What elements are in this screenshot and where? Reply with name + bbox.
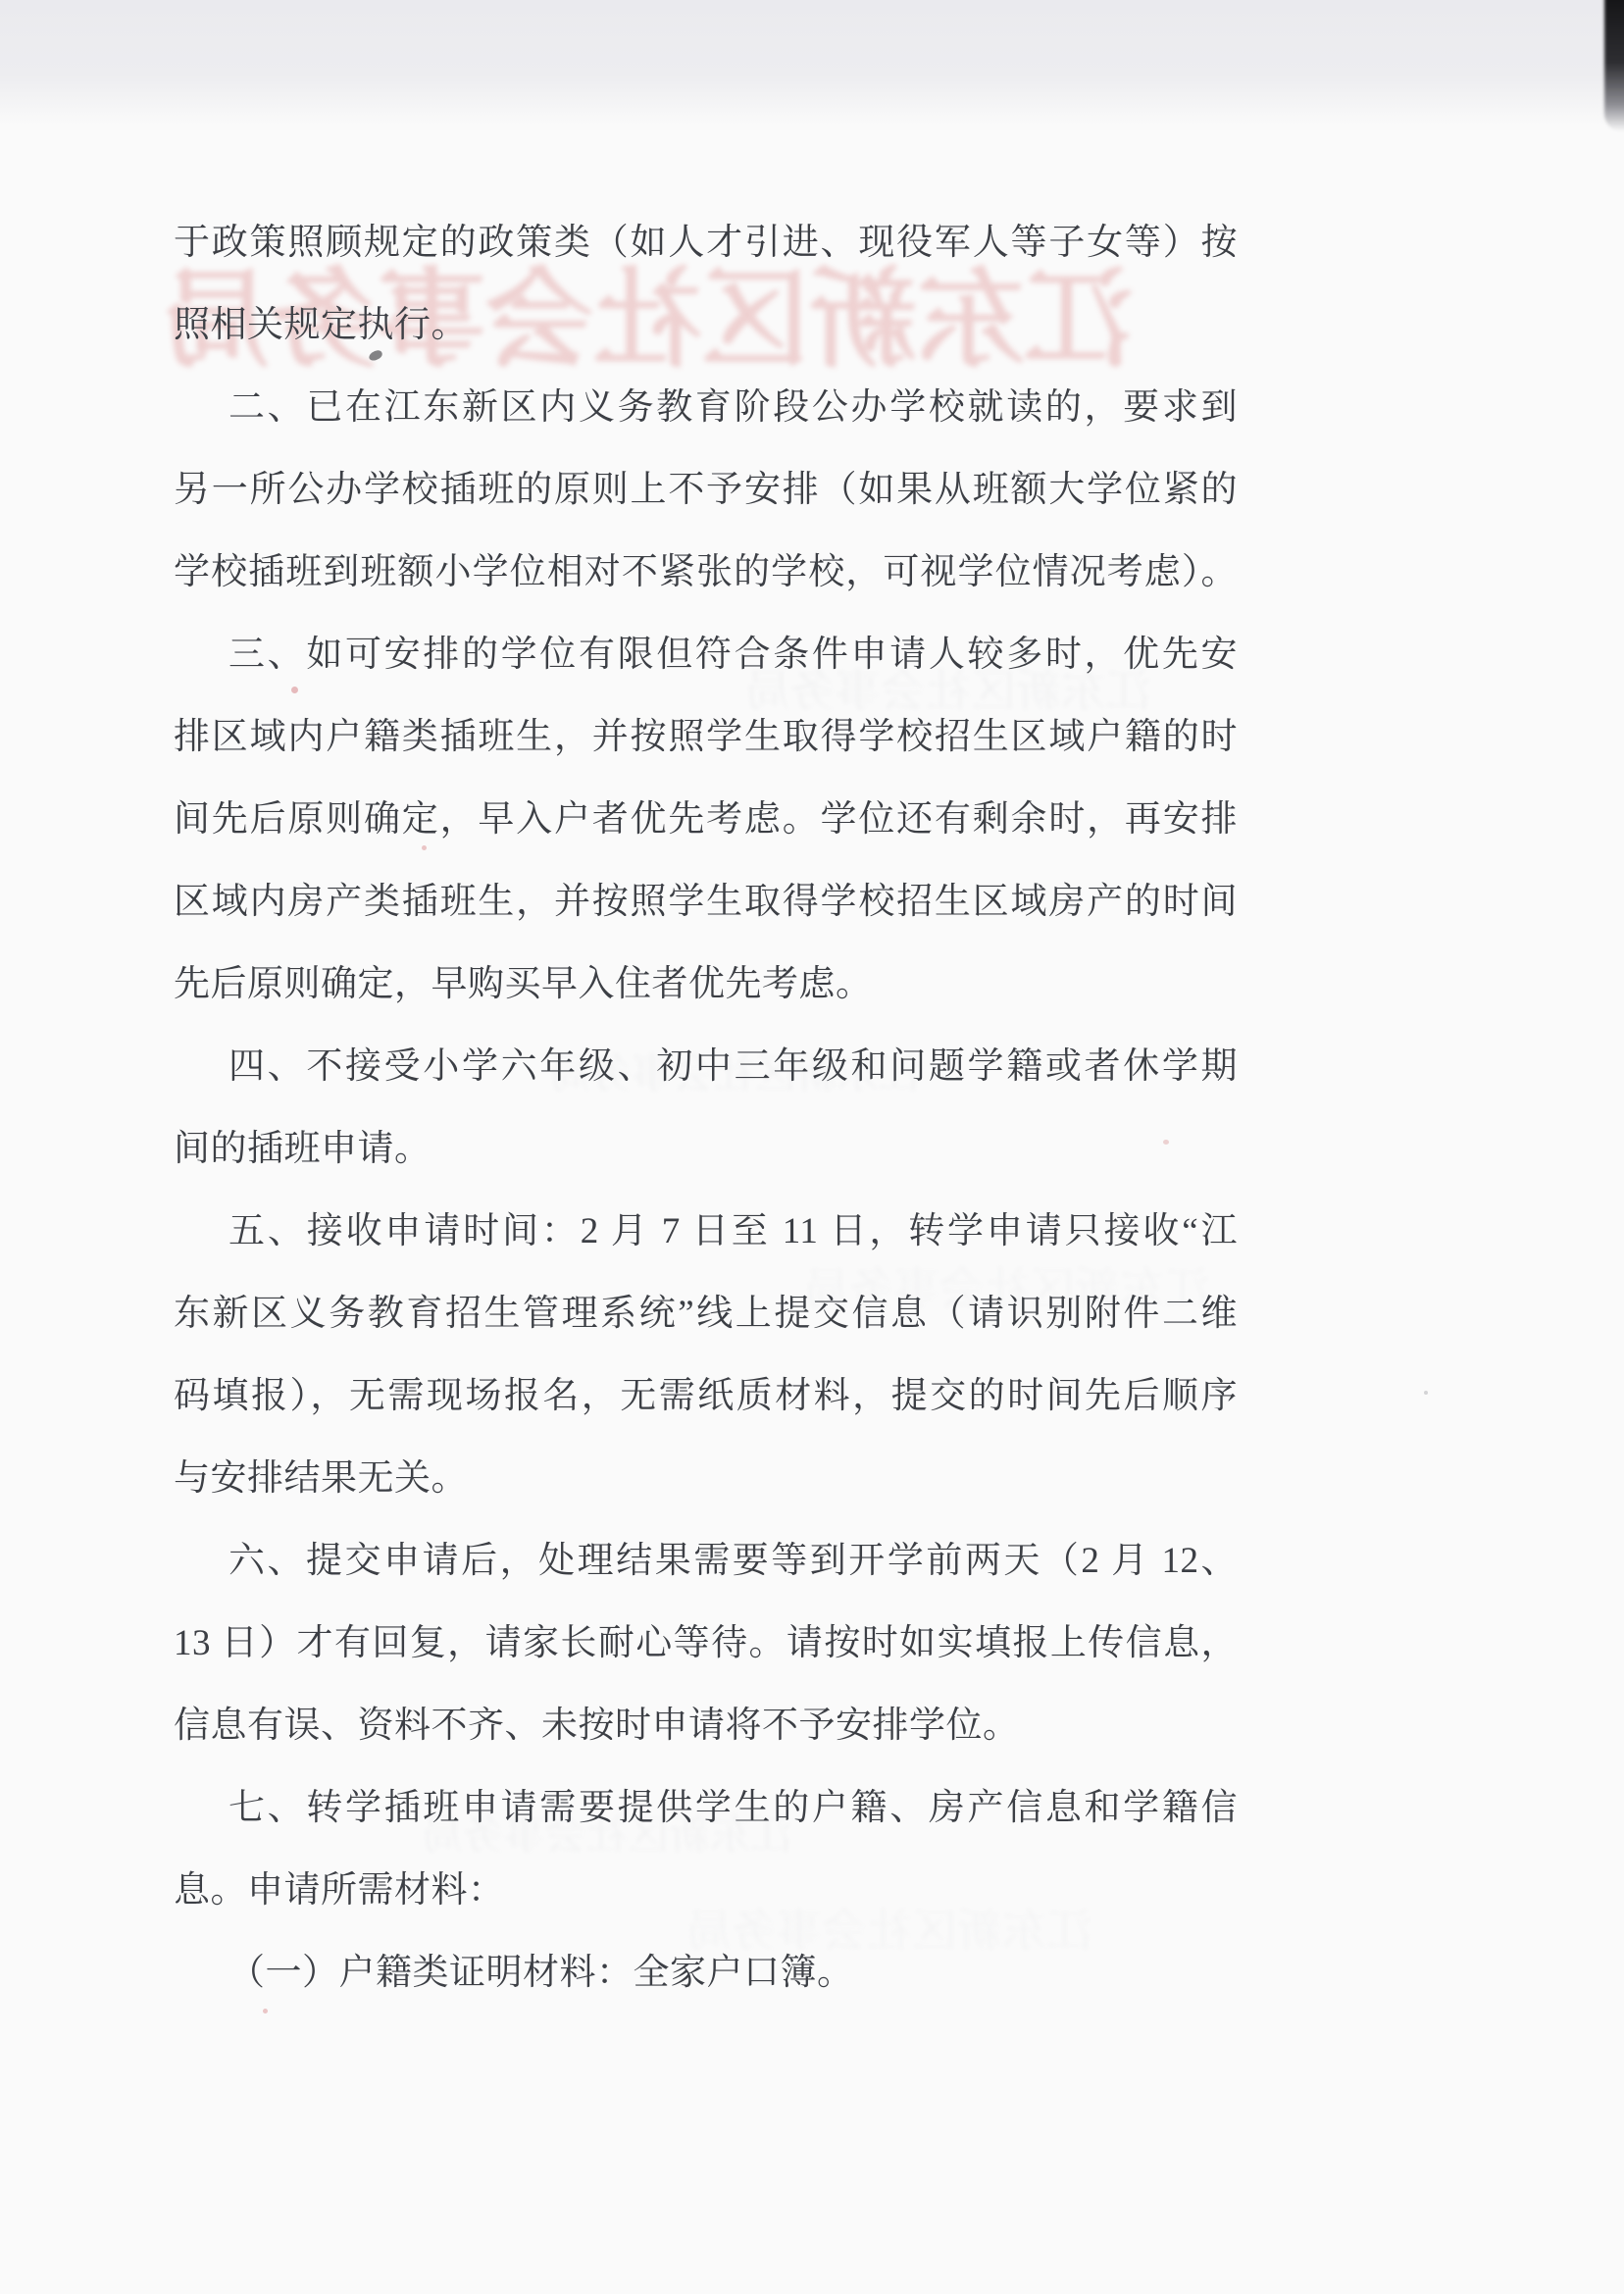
text-line: 码填报），无需现场报名，无需纸质材料，提交的时间先后顺序 <box>174 1355 1238 1438</box>
text-line: 排区域内户籍类插班生，并按照学生取得学校招生区域户籍的时 <box>174 696 1238 779</box>
text-line: 先后原则确定，早购买早入住者优先考虑。 <box>174 943 1238 1026</box>
text-line: 学校插班到班额小学位相对不紧张的学校，可视学位情况考虑）。 <box>174 532 1238 614</box>
text-line: 于政策照顾规定的政策类（如人才引进、现役军人等子女等）按 <box>174 202 1238 284</box>
text-line: 与安排结果无关。 <box>174 1438 1238 1520</box>
text-line: 间的插班申请。 <box>174 1108 1238 1191</box>
text-line: （一）户籍类证明材料：全家户口簿。 <box>174 1932 1238 2014</box>
text-line: 四、不接受小学六年级、初中三年级和问题学籍或者休学期 <box>174 1026 1238 1108</box>
text-line: 信息有误、资料不齐、未按时申请将不予安排学位。 <box>174 1685 1238 1767</box>
text-line: 七、转学插班申请需要提供学生的户籍、房产信息和学籍信 <box>174 1767 1238 1850</box>
text-line: 13 日）才有回复，请家长耐心等待。请按时如实填报上传信息， <box>174 1603 1238 1685</box>
text-line: 六、提交申请后，处理结果需要等到开学前两天（2 月 12、 <box>174 1520 1238 1603</box>
text-line: 息。申请所需材料： <box>174 1850 1238 1932</box>
scanned-document-page: 江东新区社会事务局 江东新区社会事务局 江东新区社会事务局 江东新区社会事务局 … <box>0 0 1624 2294</box>
text-line: 间先后原则确定，早入户者优先考虑。学位还有剩余时，再安排 <box>174 779 1238 861</box>
text-line: 三、如可安排的学位有限但符合条件申请人较多时，优先安 <box>174 614 1238 696</box>
text-block: 于政策照顾规定的政策类（如人才引进、现役军人等子女等）按照相关规定执行。二、已在… <box>174 202 1238 2014</box>
text-line: 另一所公办学校插班的原则上不予安排（如果从班额大学位紧的 <box>174 449 1238 532</box>
text-line: 照相关规定执行。 <box>174 284 1238 367</box>
scan-speck <box>1424 1391 1428 1395</box>
scan-top-shadow <box>0 0 1624 126</box>
text-line: 区域内房产类插班生，并按照学生取得学校招生区域房产的时间 <box>174 861 1238 943</box>
text-line: 二、已在江东新区内义务教育阶段公办学校就读的，要求到 <box>174 367 1238 449</box>
text-line: 五、接收申请时间：2 月 7 日至 11 日，转学申请只接收“江 <box>174 1191 1238 1273</box>
text-line: 东新区义务教育招生管理系统”线上提交信息（请识别附件二维 <box>174 1273 1238 1355</box>
page-curl-shadow <box>1604 0 1624 131</box>
